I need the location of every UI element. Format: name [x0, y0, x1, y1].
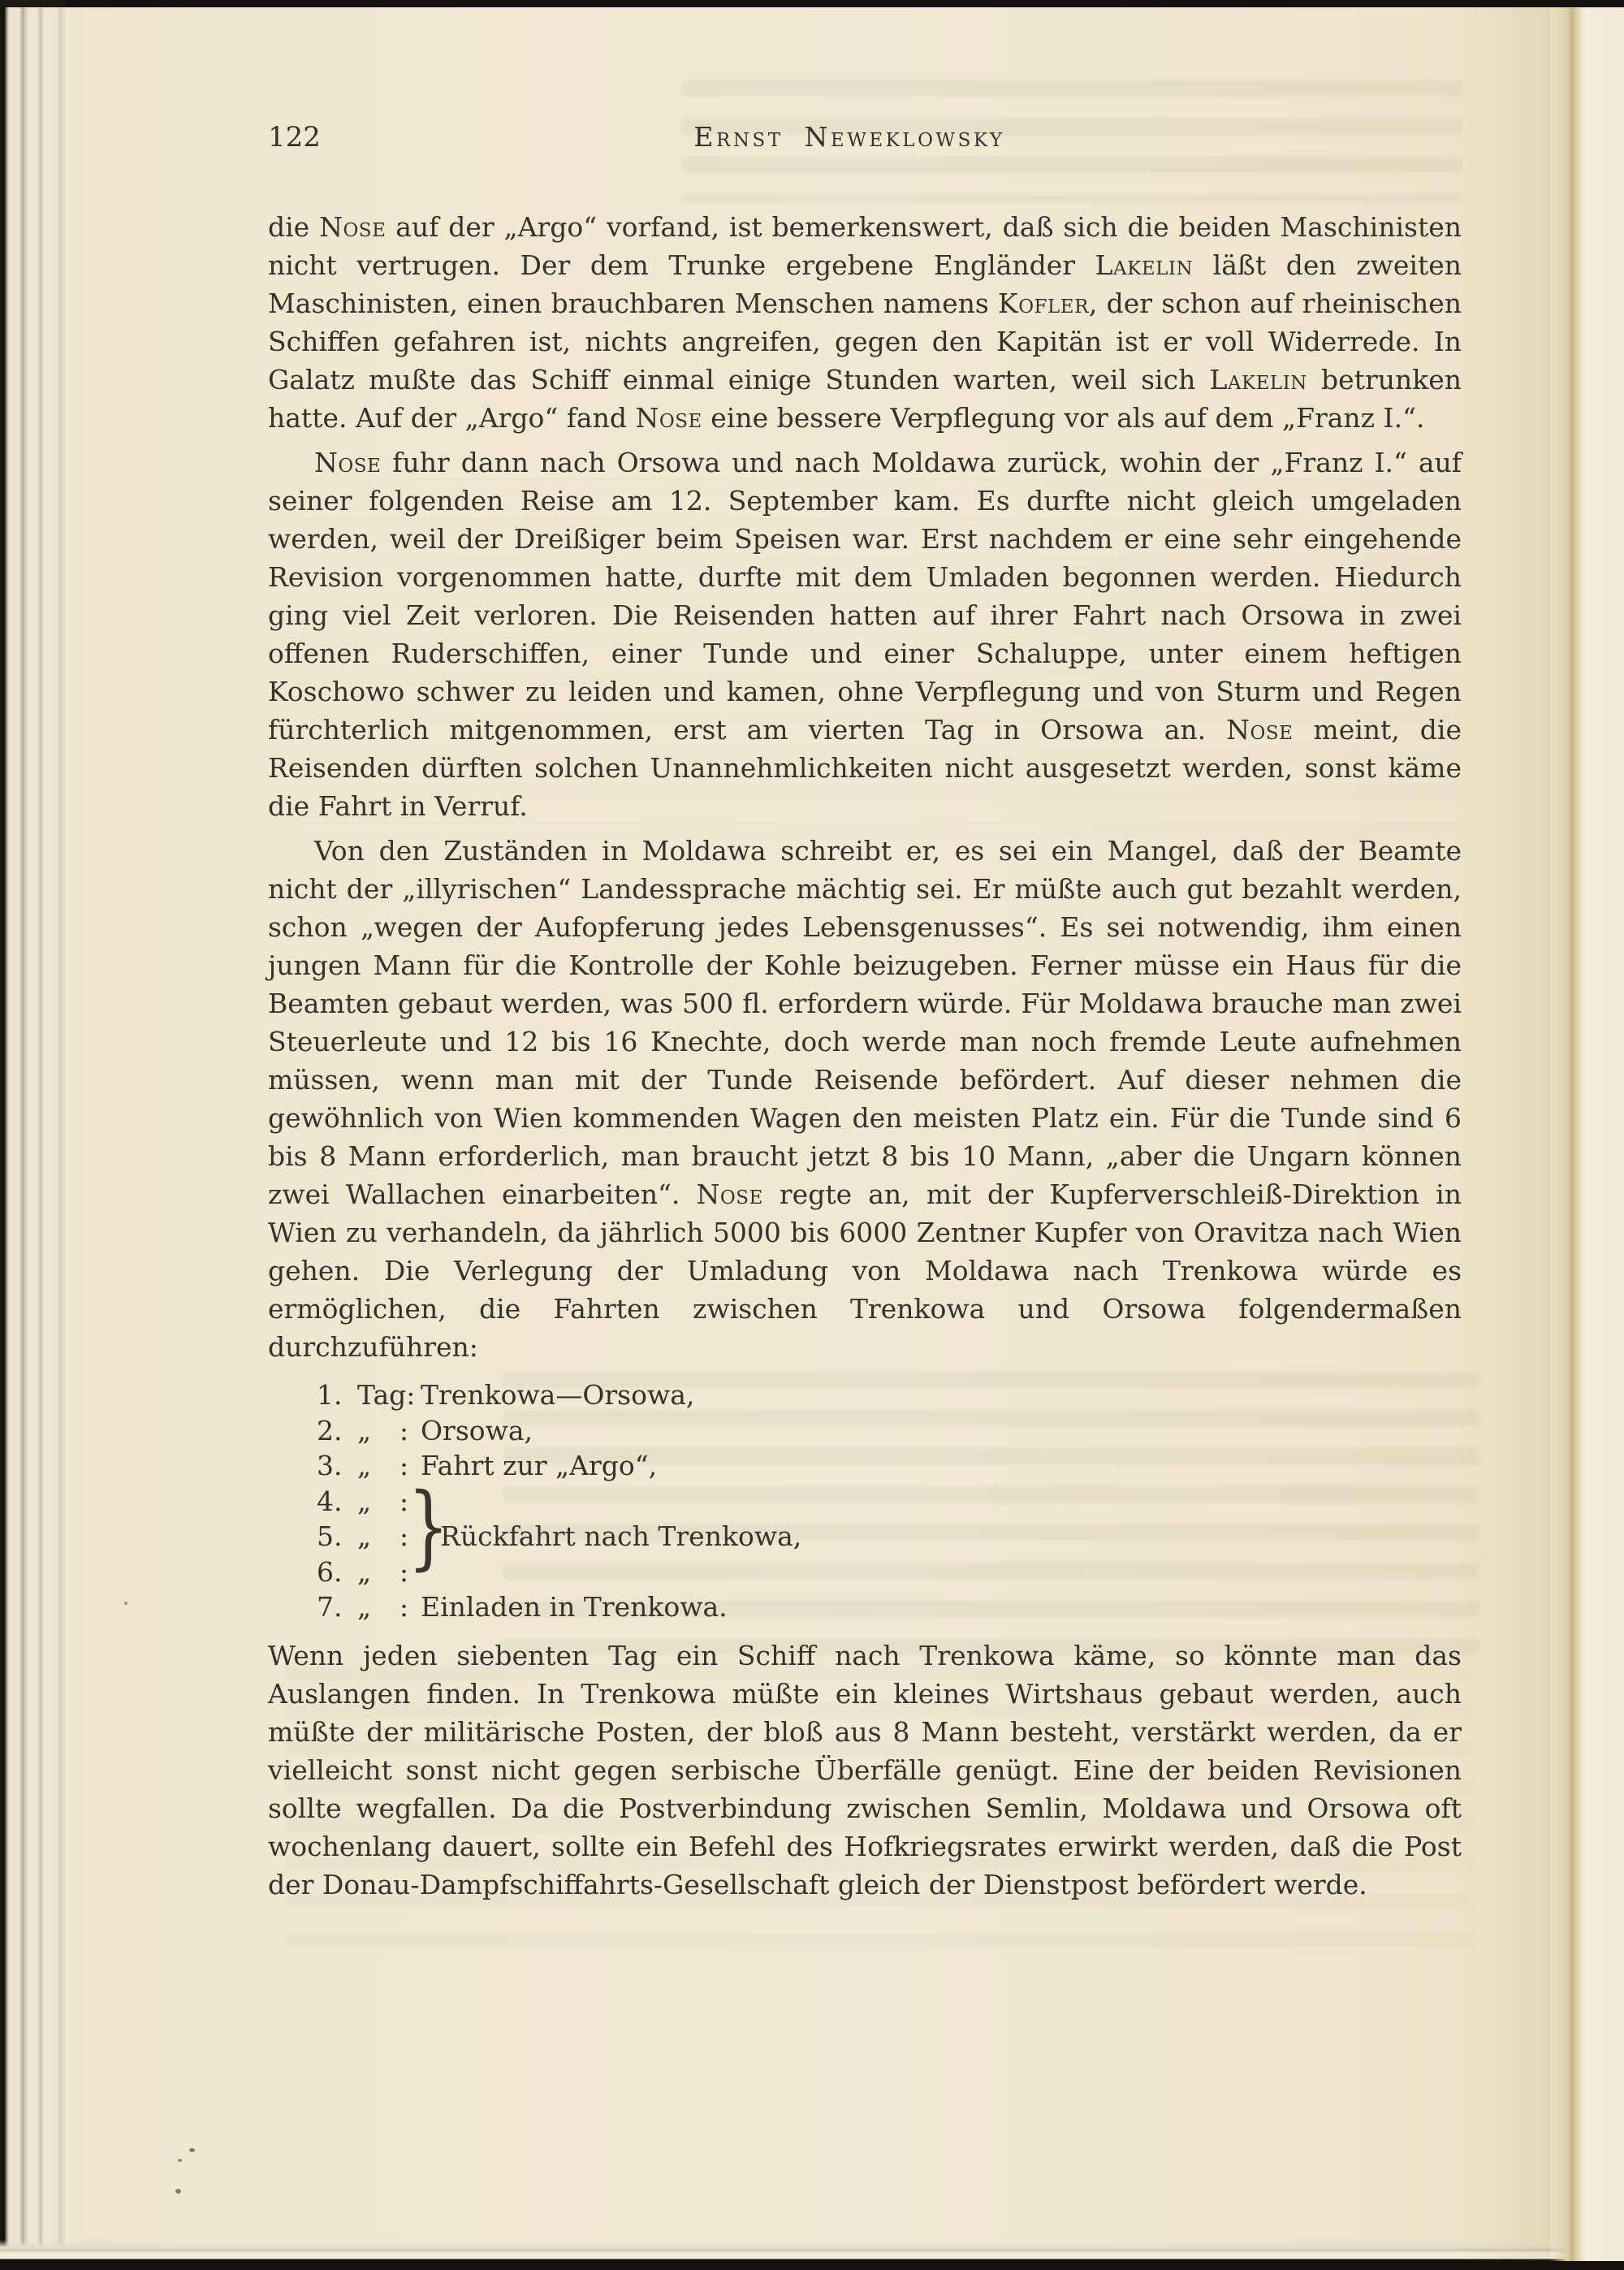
schedule-day-number: 6.: [317, 1554, 357, 1590]
schedule-row: 7. „ : Einladen in Trenkowa.: [317, 1589, 1462, 1625]
schedule-day-number: 4.: [317, 1484, 357, 1520]
person-name: Lakelin: [1095, 249, 1193, 281]
person-name: Lakelin: [1209, 364, 1307, 396]
schedule-colon: :: [400, 1413, 421, 1449]
paragraph: Nose fuhr dann nach Orsowa und nach Mold…: [268, 443, 1462, 825]
text-run: Wenn jeden siebenten Tag ein Schiff nach…: [268, 1640, 1462, 1900]
schedule-ditto-mark: „: [357, 1413, 400, 1449]
book-page: 122 Ernst Neweklowsky die Nose auf der „…: [0, 7, 1624, 2261]
schedule-day-number: 2.: [317, 1413, 357, 1449]
person-name: Nose: [697, 1178, 763, 1210]
paper-speck: [124, 1602, 127, 1605]
person-name: Nose: [319, 211, 386, 243]
text-run: die: [268, 211, 319, 243]
schedule-entry-text: Orsowa,: [421, 1413, 1462, 1449]
schedule-colon: :: [400, 1589, 421, 1625]
schedule-row: 6. „ :: [317, 1554, 1462, 1590]
paragraph: die Nose auf der „Argo“ vorfand, ist bem…: [268, 208, 1462, 437]
facing-page-sliver: [1585, 7, 1624, 2261]
schedule-entry-text: Einladen in Trenkowa.: [421, 1589, 1462, 1625]
brace-label: Rückfahrt nach Trenkowa,: [440, 1519, 801, 1554]
page-gutter: [1549, 7, 1585, 2261]
schedule-rows: 1. Tag: Trenkowa—Orsowa, 2. „ : Orsowa, …: [317, 1377, 1462, 1625]
person-name: Nose: [1226, 714, 1293, 746]
body-text: die Nose auf der „Argo“ vorfand, ist bem…: [268, 208, 1462, 1366]
page-curvature-shadow: [1453, 7, 1551, 2261]
schedule-ditto-mark: „: [357, 1589, 400, 1625]
text-run: eine bessere Verpflegung vor als auf dem…: [702, 402, 1425, 434]
paper-speck: [175, 2189, 181, 2194]
text-run: Von den Zuständen in Moldawa schreibt er…: [268, 835, 1462, 1210]
paper-speck: [178, 2159, 182, 2162]
paper-speck: [189, 2148, 195, 2152]
schedule-row: 3. „ : Fahrt zur „Argo“,: [317, 1448, 1462, 1484]
schedule-ditto-mark: Tag:: [357, 1377, 400, 1413]
paragraph: Von den Zuständen in Moldawa schreibt er…: [268, 832, 1462, 1366]
page-edge-stack-left: [0, 7, 81, 2261]
running-head: Ernst Neweklowsky: [268, 121, 1431, 153]
schedule-row: 2. „ : Orsowa,: [317, 1413, 1462, 1449]
book-scan: 122 Ernst Neweklowsky die Nose auf der „…: [0, 0, 1624, 2270]
schedule-ditto-mark: „: [357, 1448, 400, 1484]
schedule-entry-text: Trenkowa—Orsowa,: [421, 1377, 1462, 1413]
schedule-day-number: 7.: [317, 1589, 357, 1625]
page-edge-stack-bottom: [0, 2240, 1624, 2261]
person-name: Kofler: [998, 288, 1089, 319]
schedule-row: 1. Tag: Trenkowa—Orsowa,: [317, 1377, 1462, 1413]
schedule-row: 4. „ :: [317, 1484, 1462, 1520]
schedule-day-number: 1.: [317, 1377, 357, 1413]
schedule-list: 1. Tag: Trenkowa—Orsowa, 2. „ : Orsowa, …: [317, 1377, 1462, 1625]
person-name: Nose: [314, 447, 381, 478]
schedule-day-number: 5.: [317, 1519, 357, 1554]
page-header: 122 Ernst Neweklowsky: [268, 121, 1462, 208]
text-block: 122 Ernst Neweklowsky die Nose auf der „…: [268, 121, 1462, 1910]
body-text-after-list: Wenn jeden siebenten Tag ein Schiff nach…: [268, 1637, 1462, 1904]
schedule-day-number: 3.: [317, 1448, 357, 1484]
schedule-entry-text: Fahrt zur „Argo“,: [421, 1448, 1462, 1484]
schedule-ditto-mark: „: [357, 1554, 400, 1590]
schedule-ditto-mark: „: [357, 1519, 400, 1554]
paragraph: Wenn jeden siebenten Tag ein Schiff nach…: [268, 1637, 1462, 1904]
text-run: fuhr dann nach Orsowa und nach Moldawa z…: [268, 447, 1462, 746]
schedule-ditto-mark: „: [357, 1484, 400, 1520]
person-name: Nose: [635, 402, 702, 434]
